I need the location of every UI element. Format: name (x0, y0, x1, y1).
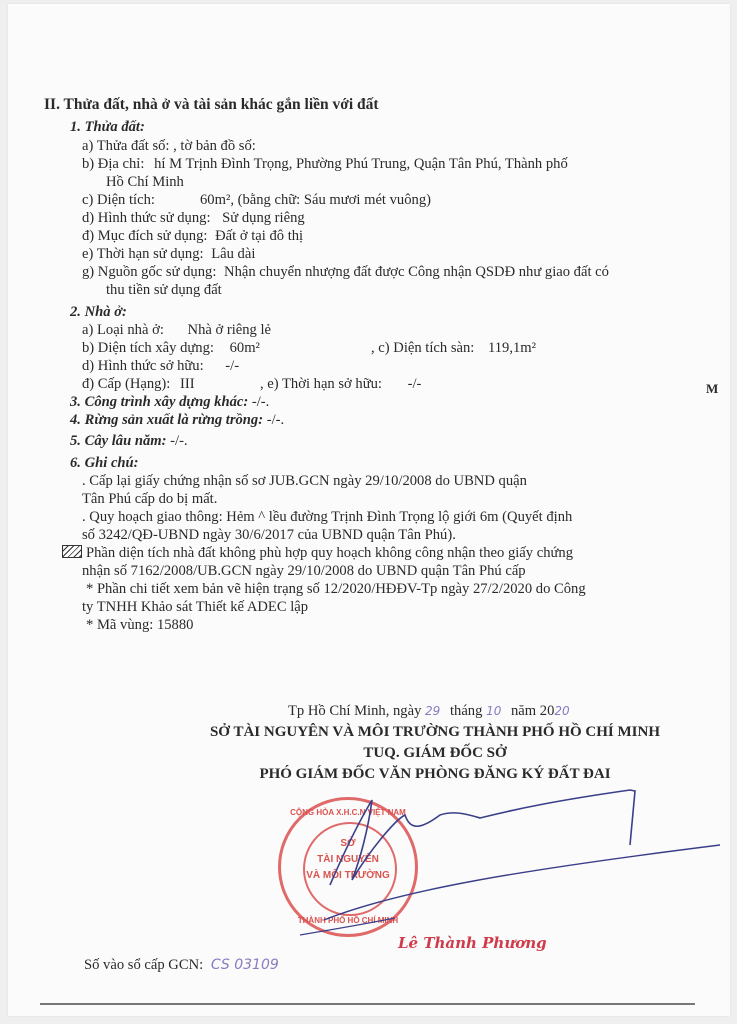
land-use-term-label: e) Thời hạn sử dụng: (82, 246, 204, 262)
note-line: nhận số 7162/2008/UB.GCN ngày 29/10/2008… (82, 562, 526, 580)
notes-heading: 6. Ghi chú: (70, 454, 139, 472)
house-grade-label: đ) Cấp (Hạng): (82, 376, 170, 392)
date-year-label: năm 20 (511, 703, 554, 719)
bottom-rule (40, 1003, 695, 1005)
land-origin-label: g) Nguồn gốc sử dụng: (82, 264, 216, 280)
house-floor-area-label: , c) Diện tích sàn: (371, 340, 474, 356)
house-heading: 2. Nhà ở: (70, 303, 127, 321)
note-line: ty TNHH Khảo sát Thiết kế ADEC lập (82, 598, 308, 616)
register-label: Số vào sổ cấp GCN: (84, 957, 203, 973)
stamp-line-2: TÀI NGUYÊN (281, 854, 415, 865)
other-works-heading: 3. Công trình xây dựng khác: (70, 394, 248, 410)
land-use-form-label: d) Hình thức sử dụng: (82, 210, 211, 226)
issue-date: Tp Hồ Chí Minh, ngày 29 tháng 10 năm 202… (288, 702, 570, 720)
land-use-form-value: Sử dụng riêng (222, 210, 305, 226)
land-use-term: e) Thời hạn sử dụng: Lâu dài (82, 245, 255, 263)
perennial-trees-value: -/-. (170, 433, 187, 449)
land-address-value: hí M Trịnh Đình Trọng, Phường Phú Trung,… (154, 156, 568, 172)
date-day: 29 (425, 704, 440, 718)
land-area: c) Diện tích: 60m², (bằng chữ: Sáu mươi … (82, 191, 155, 209)
land-use-purpose: đ) Mục đích sử dụng: Đất ở tại đô thị (82, 227, 303, 245)
register-value: CS 03109 (211, 957, 279, 973)
land-use-term-value: Lâu dài (211, 246, 255, 262)
note-line-hatched: Phần diện tích nhà đất không phù hợp quy… (62, 544, 573, 562)
note-line: số 3242/QĐ-UBND ngày 30/6/2017 của UBND … (82, 526, 456, 544)
signer-name: Lê Thành Phương (398, 934, 547, 952)
house-floor-area-value: 119,1m² (488, 340, 536, 356)
land-origin-cont: thu tiền sử dụng đất (106, 281, 222, 299)
note-line: Tân Phú cấp do bị mất. (82, 490, 217, 508)
section-title: II. Thửa đất, nhà ở và tài sản khác gắn … (44, 96, 379, 114)
stamp-bottom-text: THÀNH PHỐ HỒ CHÍ MINH (281, 916, 415, 925)
house-grade-value: III (180, 376, 195, 392)
other-works-value: -/-. (252, 394, 269, 410)
production-forest-value: -/-. (267, 412, 284, 428)
land-address-label: b) Địa chỉ: (82, 156, 144, 172)
house-ownership-term-label: , e) Thời hạn sở hữu: (260, 376, 382, 392)
stamp-inner-ring (303, 822, 397, 916)
house-type-label: a) Loại nhà ở: (82, 322, 164, 338)
land-use-purpose-value: Đất ở tại đô thị (215, 228, 303, 244)
house-build-area-value: 60m² (230, 340, 260, 356)
other-works: 3. Công trình xây dựng khác: -/-. (70, 393, 269, 411)
signer-title-2: PHÓ GIÁM ĐỐC VĂN PHÒNG ĐĂNG KÝ ĐẤT ĐAI (170, 765, 700, 783)
house-build-area: b) Diện tích xây dựng: 60m² (82, 339, 260, 357)
date-month-label: tháng (450, 703, 482, 719)
margin-mark: M (706, 380, 718, 398)
house-build-area-label: b) Diện tích xây dựng: (82, 340, 214, 356)
land-use-form: d) Hình thức sử dụng: Sử dụng riêng (82, 209, 305, 227)
note-line-text: Phần diện tích nhà đất không phù hợp quy… (86, 545, 573, 561)
date-month: 10 (486, 704, 501, 718)
note-line: * Phần chi tiết xem bản vẽ hiện trạng số… (86, 580, 586, 598)
land-heading: 1. Thửa đất: (70, 118, 145, 136)
production-forest-heading: 4. Rừng sản xuất là rừng trồng: (70, 412, 263, 428)
house-type-value: Nhà ở riêng lẻ (188, 322, 272, 338)
land-origin-value: Nhận chuyển nhượng đất được Công nhận QS… (224, 264, 609, 280)
perennial-trees: 5. Cây lâu năm: -/-. (70, 432, 188, 450)
hatched-area-icon (62, 545, 82, 558)
stamp-line-3: VÀ MÔI TRƯỜNG (281, 870, 415, 881)
note-line: . Cấp lại giấy chứng nhận số sơ JUB.GCN … (82, 472, 527, 490)
signer-title-1: TUQ. GIÁM ĐỐC SỞ (170, 744, 700, 762)
land-use-purpose-label: đ) Mục đích sử dụng: (82, 228, 207, 244)
land-address-cont: Hồ Chí Minh (106, 173, 184, 191)
date-year: 20 (554, 704, 569, 718)
stamp-top-text: CỘNG HÒA X.H.C.N VIỆT NAM (281, 808, 415, 817)
land-area-label: c) Diện tích: (82, 192, 155, 208)
house-grade: đ) Cấp (Hạng): III (82, 375, 195, 393)
house-floor-area: , c) Diện tích sàn: 119,1m² (371, 339, 536, 357)
date-prefix: Tp Hồ Chí Minh, ngày (288, 703, 421, 719)
note-line: . Quy hoạch giao thông: Hẻm ^ lều đường … (82, 508, 572, 526)
land-address: b) Địa chỉ: hí M Trịnh Đình Trọng, Phườn… (82, 155, 568, 173)
house-ownership-form: d) Hình thức sở hữu: -/- (82, 357, 239, 375)
issuing-organization: SỞ TÀI NGUYÊN VÀ MÔI TRƯỜNG THÀNH PHỐ HỒ… (170, 723, 700, 741)
land-origin: g) Nguồn gốc sử dụng: Nhận chuyển nhượng… (82, 263, 609, 281)
house-ownership-term: , e) Thời hạn sở hữu: -/- (260, 375, 421, 393)
land-area-value: 60m², (bằng chữ: Sáu mươi mét vuông) (200, 191, 431, 209)
official-stamp: CỘNG HÒA X.H.C.N VIỆT NAM SỞ TÀI NGUYÊN … (278, 797, 418, 937)
register-number: Số vào sổ cấp GCN: CS 03109 (84, 956, 279, 974)
note-line: * Mã vùng: 15880 (86, 616, 193, 634)
house-ownership-term-value: -/- (408, 376, 422, 392)
house-ownership-form-label: d) Hình thức sở hữu: (82, 358, 204, 374)
stamp-line-1: SỞ (281, 838, 415, 849)
perennial-trees-heading: 5. Cây lâu năm: (70, 433, 167, 449)
land-parcel-number: a) Thửa đất số: , tờ bản đồ số: (82, 137, 256, 155)
house-type: a) Loại nhà ở: Nhà ở riêng lẻ (82, 321, 271, 339)
production-forest: 4. Rừng sản xuất là rừng trồng: -/-. (70, 411, 284, 429)
house-ownership-form-value: -/- (225, 358, 239, 374)
